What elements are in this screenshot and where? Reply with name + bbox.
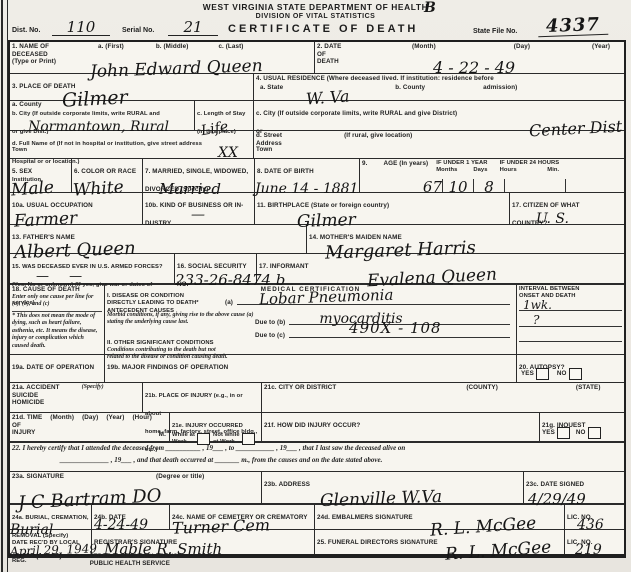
dist-no-label: Dist. No. [12, 27, 40, 34]
sex-label: 5. SEX [12, 168, 32, 175]
death-certificate-scan: WEST VIRGINIA STATE DEPARTMENT OF HEALTH… [0, 0, 631, 572]
age-months-slot: 10 [442, 179, 473, 192]
occupation-label: 10a. USUAL OCCUPATION [12, 202, 93, 209]
field-interval: INTERVAL BETWEEN ONSET AND DEATH 1wk. ? [517, 285, 624, 354]
field-major-findings: 19b. MAJOR FINDINGS OF OPERATION [105, 355, 517, 382]
field-age: 9. AGE (In years) IF UNDER 1 YEAR Months… [360, 159, 624, 192]
cause-note-2: * This does not mean the mode of dying, … [12, 311, 102, 351]
autopsy-yes-checkbox [536, 368, 549, 380]
color-race-label: 6. COLOR OR RACE [74, 168, 136, 175]
date-of-death-label: 2. DATE OF DEATH [317, 43, 357, 66]
under-24-hours-label: IF UNDER 24 HOURS [500, 160, 560, 167]
hospital-value: XX [218, 146, 238, 160]
time-of-injury-label: 21d. TIME OF INJURY [12, 414, 42, 437]
cause-note-1: Enter only one cause per line for (a), (… [12, 294, 102, 309]
citizen-value: U. S. [536, 212, 569, 226]
cause-c-line: 490X - 108 [289, 337, 510, 338]
marital-value: Married [159, 182, 221, 197]
field-name-of-deceased: 1. NAME OF DECEASED (Type or Print) a. (… [10, 42, 315, 73]
date-received-value: April 29, 1949 [10, 542, 97, 557]
signature-label: 23a. SIGNATURE [12, 473, 64, 481]
other-conditions-label: II. OTHER SIGNIFICANT CONDITIONS [107, 340, 514, 347]
handwritten-annotation-b: B [424, 1, 436, 15]
cemetery-value: Turner Cem [172, 517, 271, 536]
field-usual-residence: 4. USUAL RESIDENCE (Where deceased lived… [254, 74, 624, 100]
field-length-of-stay: c. Length of Stay (in this place) Life [195, 101, 254, 130]
field-date-signed: 23c. DATE SIGNED 4/29/49 [524, 472, 624, 503]
injury-state-label: (STATE) [576, 384, 601, 392]
armed-forces-value: — — [36, 270, 90, 283]
major-findings-label: 19b. MAJOR FINDINGS OF OPERATION [107, 364, 228, 371]
min-label: Min. [547, 167, 559, 174]
field-date-of-operation: 19a. DATE OF OPERATION [10, 355, 105, 382]
color-race-value: White [72, 179, 124, 199]
autopsy-no-label: NO [557, 370, 567, 378]
months-label: Months [436, 167, 457, 174]
field-certify-statement: 22. I hereby certify that I attended the… [10, 443, 624, 471]
burial-value: Burial [10, 523, 53, 537]
disease-condition-label: I. DISEASE OR CONDITION DIRECTLY LEADING… [107, 293, 225, 307]
department-title: WEST VIRGINIA STATE DEPARTMENT OF HEALTH [0, 2, 631, 12]
how-injury-occurred-label: 21f. HOW DID INJURY OCCUR? [264, 422, 360, 429]
date-of-operation-label: 19a. DATE OF OPERATION [12, 364, 94, 371]
field-time-of-injury: 21d. TIME OF INJURY (Month) (Day) (Year)… [10, 413, 170, 441]
field-autopsy: 20. AUTOPSY? YES NO [517, 355, 624, 382]
field-color-race: 6. COLOR OR RACE White [72, 159, 143, 192]
field-ssn: 16. SOCIAL SECURITY NO. 233-26-8474 b [175, 254, 257, 283]
interval-b-value: ? [533, 314, 539, 326]
cause-c-label: Due to (c) [255, 332, 285, 340]
title-bar: Dist. No. 110 Serial No. 21 CERTIFICATE … [10, 22, 627, 38]
cause-b-label: Due to (b) [255, 319, 285, 327]
certificate-title: CERTIFICATE OF DEATH [228, 23, 418, 35]
birthplace-value: Gilmer [297, 212, 356, 231]
under-24-hours-group: IF UNDER 24 HOURS Hours Min. [500, 160, 560, 174]
name-label: 1. NAME OF DECEASED (Type or Print) [12, 43, 96, 66]
funeral-director-label: 25. FUNERAL DIRECTORS SIGNATURE [317, 539, 438, 546]
physician-address-value: Glenville W.Va [320, 489, 443, 510]
field-cemetery: 24c. NAME OF CEMETERY OR CREMATORY Turne… [170, 505, 315, 529]
cause-of-death-label: 18. CAUSE OF DEATH [12, 286, 102, 294]
field-physician-address: 23b. ADDRESS Glenville W.Va [262, 472, 524, 503]
field-marital-status: 7. MARRIED, SINGLE, WIDOWED, DIVORCED (S… [143, 159, 255, 192]
sex-value: Male [10, 180, 54, 200]
degree-title-label: (Degree or title) [156, 473, 204, 481]
field-injury-occurred: 21e. INJURY OCCURRED While at Work Not w… [170, 413, 262, 441]
days-label: Days [473, 167, 487, 174]
field-sex: 5. SEX Male [10, 159, 72, 192]
age-min-slot [565, 179, 622, 192]
residence-state-value: W. Va [305, 89, 349, 108]
mother-value: Margaret Harris [325, 239, 476, 262]
injury-hour-label: (Hour) [132, 414, 152, 437]
cause-c-value: 490X - 108 [349, 321, 442, 336]
injury-occurred-label: 21e. INJURY OCCURRED [172, 423, 243, 429]
state-file-no-value: 4337 [538, 16, 609, 37]
inquest-no-label: NO [576, 429, 586, 437]
field-birthplace: 11. BIRTHPLACE (State or foreign country… [255, 193, 510, 224]
year-label: (Year) [592, 43, 610, 66]
state-file-no-label: State File No. [473, 28, 517, 35]
serial-no-value: 21 [168, 20, 218, 36]
field-physician-signature: 23a. SIGNATURE (Degree or title) J C Bar… [10, 472, 262, 503]
street-address-label: d. Street Address [256, 132, 282, 147]
interval-a-line: 1wk. [519, 300, 622, 311]
certify-line-2: ______________ , 19___ , and that death … [60, 456, 622, 465]
morbid-conditions-note: Morbid conditions, if any, giving rise t… [107, 312, 255, 327]
autopsy-no-checkbox [569, 368, 582, 380]
admission-label: admission) [483, 84, 517, 92]
field-accident-suicide-homicide: 21a. ACCIDENT SUICIDE HOMICIDE (Specify) [10, 383, 143, 412]
date-of-birth-value: June 14 - 1881 [255, 182, 358, 196]
residence-city-value: Center Dist [528, 119, 622, 140]
field-injury-city: 21c. CITY OR DISTRICT (COUNTY) (STATE) [262, 383, 624, 412]
field-embalmer-lic-no: LIC. NO. 436 [565, 505, 624, 529]
interval-b-line: ? [519, 311, 622, 327]
business-value: — [191, 208, 205, 222]
interval-a-value: 1wk. [523, 299, 552, 311]
street-address-note: (If rural, give location) [344, 132, 412, 147]
under-1-year-group: IF UNDER 1 YEAR Months Days [436, 160, 487, 174]
county-value: Gilmer [62, 88, 129, 110]
birthplace-label: 11. BIRTHPLACE (State or foreign country… [257, 202, 389, 209]
injury-day-label: (Day) [82, 414, 98, 437]
father-value: Albert Queen [14, 240, 136, 262]
dist-no-value: 110 [52, 20, 110, 36]
age-years-slot: 67 [362, 179, 442, 192]
accident-label: 21a. ACCIDENT SUICIDE HOMICIDE [12, 384, 60, 407]
field-cause-of-death-notes: 18. CAUSE OF DEATH Enter only one cause … [10, 285, 105, 354]
certify-line-1: 22. I hereby certify that I attended the… [12, 444, 622, 453]
field-how-injury-occurred: 21f. HOW DID INJURY OCCUR? [262, 413, 540, 441]
inquest-yes-checkbox [557, 427, 570, 439]
age-hours-slot [504, 179, 565, 192]
registrar-signature-value: Mable R. Smith [104, 542, 222, 557]
serial-no-label: Serial No. [122, 27, 154, 34]
embalmer-lic-value: 436 [577, 518, 604, 532]
date-signed-value: 4/29/49 [528, 492, 586, 507]
field-date-of-death: 2. DATE OF DEATH (Month) (Day) (Year) 4 … [315, 42, 624, 73]
field-funeral-director-lic-no: LIC. NO. 219 [565, 530, 624, 554]
date-signed-label: 23c. DATE SIGNED [526, 481, 584, 488]
informant-label: 17. INFORMANT [259, 263, 309, 270]
field-citizen: 17. CITIZEN OF WHAT COUNTRY? U. S. [510, 193, 624, 224]
occupation-value: Farmer [14, 210, 78, 230]
day-label: (Day) [514, 43, 530, 66]
age-number: 9. [362, 160, 367, 174]
city-town-value: Normantown, Rural [28, 120, 169, 134]
autopsy-yes-label: YES [521, 370, 534, 378]
under-1-year-label: IF UNDER 1 YEAR [436, 160, 487, 167]
interval-c-line [519, 327, 622, 342]
accident-specify-label: (Specify) [82, 384, 104, 407]
residence-county-label: b. County [395, 84, 425, 92]
hours-label: Hours [500, 167, 517, 174]
injury-city-label: 21c. CITY OR DISTRICT [264, 384, 336, 392]
inquest-no-checkbox [588, 427, 601, 439]
burial-date-value: 4-24-49 [94, 518, 148, 532]
certificate-form: 1. NAME OF DECEASED (Type or Print) a. (… [8, 40, 626, 558]
injury-m-label: M. [159, 431, 166, 439]
cause-a-line: Lobar Pneumonia [237, 304, 510, 305]
age-days-slot: 8 [473, 179, 504, 192]
field-place-of-injury: 21b. PLACE OF INJURY (e.g., in or about … [143, 383, 262, 412]
field-date-of-birth: 8. DATE OF BIRTH June 14 - 1881 [255, 159, 360, 192]
embalmer-label: 24d. EMBALMERS SIGNATURE [317, 514, 413, 521]
injury-year-label: (Year) [106, 414, 124, 437]
cause-a-label: (a) [225, 299, 233, 307]
field-inquest: 21g. INQUEST YES NO [540, 413, 624, 441]
age-label: AGE (In years) [383, 160, 428, 174]
inquest-yes-label: YES [542, 429, 555, 437]
injury-month-label: (Month) [50, 414, 74, 437]
field-medical-certification: MEDICAL CERTIFICATION I. DISEASE OR COND… [105, 285, 517, 354]
address-label: 23b. ADDRESS [264, 481, 310, 488]
cause-a-value: Lobar Pneumonia [259, 287, 394, 307]
funeral-director-lic-value: 219 [575, 543, 602, 557]
funeral-director-signature-value: R. L. McGee [445, 539, 552, 563]
injury-county-label: (COUNTY) [466, 384, 498, 392]
date-of-birth-label: 8. DATE OF BIRTH [257, 168, 314, 175]
date-of-death-value: 4 - 22 - 49 [433, 60, 515, 76]
residence-state-label: a. State [260, 84, 283, 92]
ssn-value: 233-26-8474 b [175, 273, 285, 288]
